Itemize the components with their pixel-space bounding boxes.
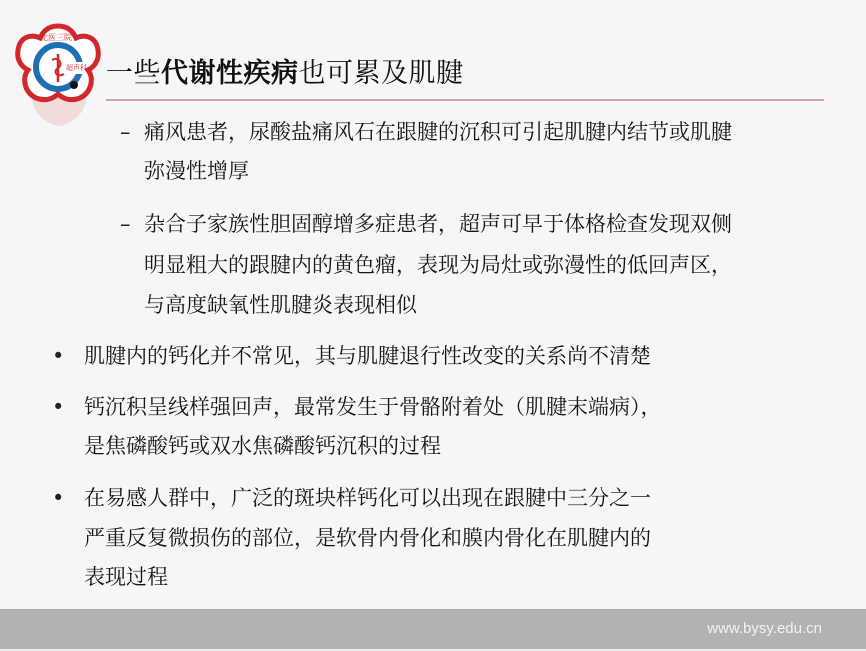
sub-bullet-1-line-1: 痛风患者，尿酸盐痛风石在跟腱的沉积可引起肌腱内结节或肌腱: [144, 118, 732, 146]
sub-bullet-2-line-3: 与高度缺氧性肌腱炎表现相似: [144, 291, 417, 319]
bullet-2-line-1: 钙沉积呈线样强回声，最常发生于骨骼附着处（肌腱末端病），: [84, 393, 662, 421]
slide-title: 一些代谢性疾病也可累及肌腱: [106, 56, 464, 92]
footer-bar: www.bysy.edu.cn: [0, 609, 866, 650]
sub-bullet-dash: –: [120, 118, 131, 146]
bullet-dot: •: [52, 393, 64, 421]
sub-bullet-dash: –: [120, 210, 131, 238]
footer-url: www.bysy.edu.cn: [707, 620, 822, 637]
bullet-2-line-2: 是焦磷酸钙或双水焦磷酸钙沉积的过程: [84, 432, 441, 460]
sub-bullet-2-line-1: 杂合子家族性胆固醇增多症患者，超声可早于体格检查发现双侧: [144, 210, 732, 238]
sub-bullet-2-line-2: 明显粗大的跟腱内的黄色瘤，表现为局灶或弥漫性的低回声区，: [144, 251, 732, 279]
sub-bullet-1-line-2: 弥漫性增厚: [144, 157, 249, 185]
department-of-ultrasound-logo-icon: 北医三院 超声科: [14, 20, 102, 110]
title-suffix: 也可累及肌腱: [299, 58, 464, 89]
bullet-3-line-1: 在易感人群中，广泛的斑块样钙化可以出现在跟腱中三分之一: [84, 484, 651, 512]
bullet-1-line-1: 肌腱内的钙化并不常见，其与肌腱退行性改变的关系尚不清楚: [84, 342, 651, 370]
title-prefix: 一些: [106, 58, 161, 89]
title-divider: [106, 99, 824, 101]
bullet-dot: •: [52, 484, 64, 512]
svg-text:北医三院: 北医三院: [40, 32, 72, 42]
slide: 北医三院 超声科 一些代谢性疾病也可累及肌腱 – 痛风患者，尿酸盐痛风石在跟腱的…: [0, 0, 866, 651]
svg-text:超声科: 超声科: [66, 63, 87, 72]
bullet-3-line-2: 严重反复微损伤的部位，是软骨内骨化和膜内骨化在肌腱内的: [84, 524, 651, 552]
bullet-dot: •: [52, 342, 64, 370]
bullet-3-line-3: 表现过程: [84, 563, 168, 591]
logo-reflection: [22, 98, 96, 128]
title-bold-term: 代谢性疾病: [161, 58, 299, 89]
